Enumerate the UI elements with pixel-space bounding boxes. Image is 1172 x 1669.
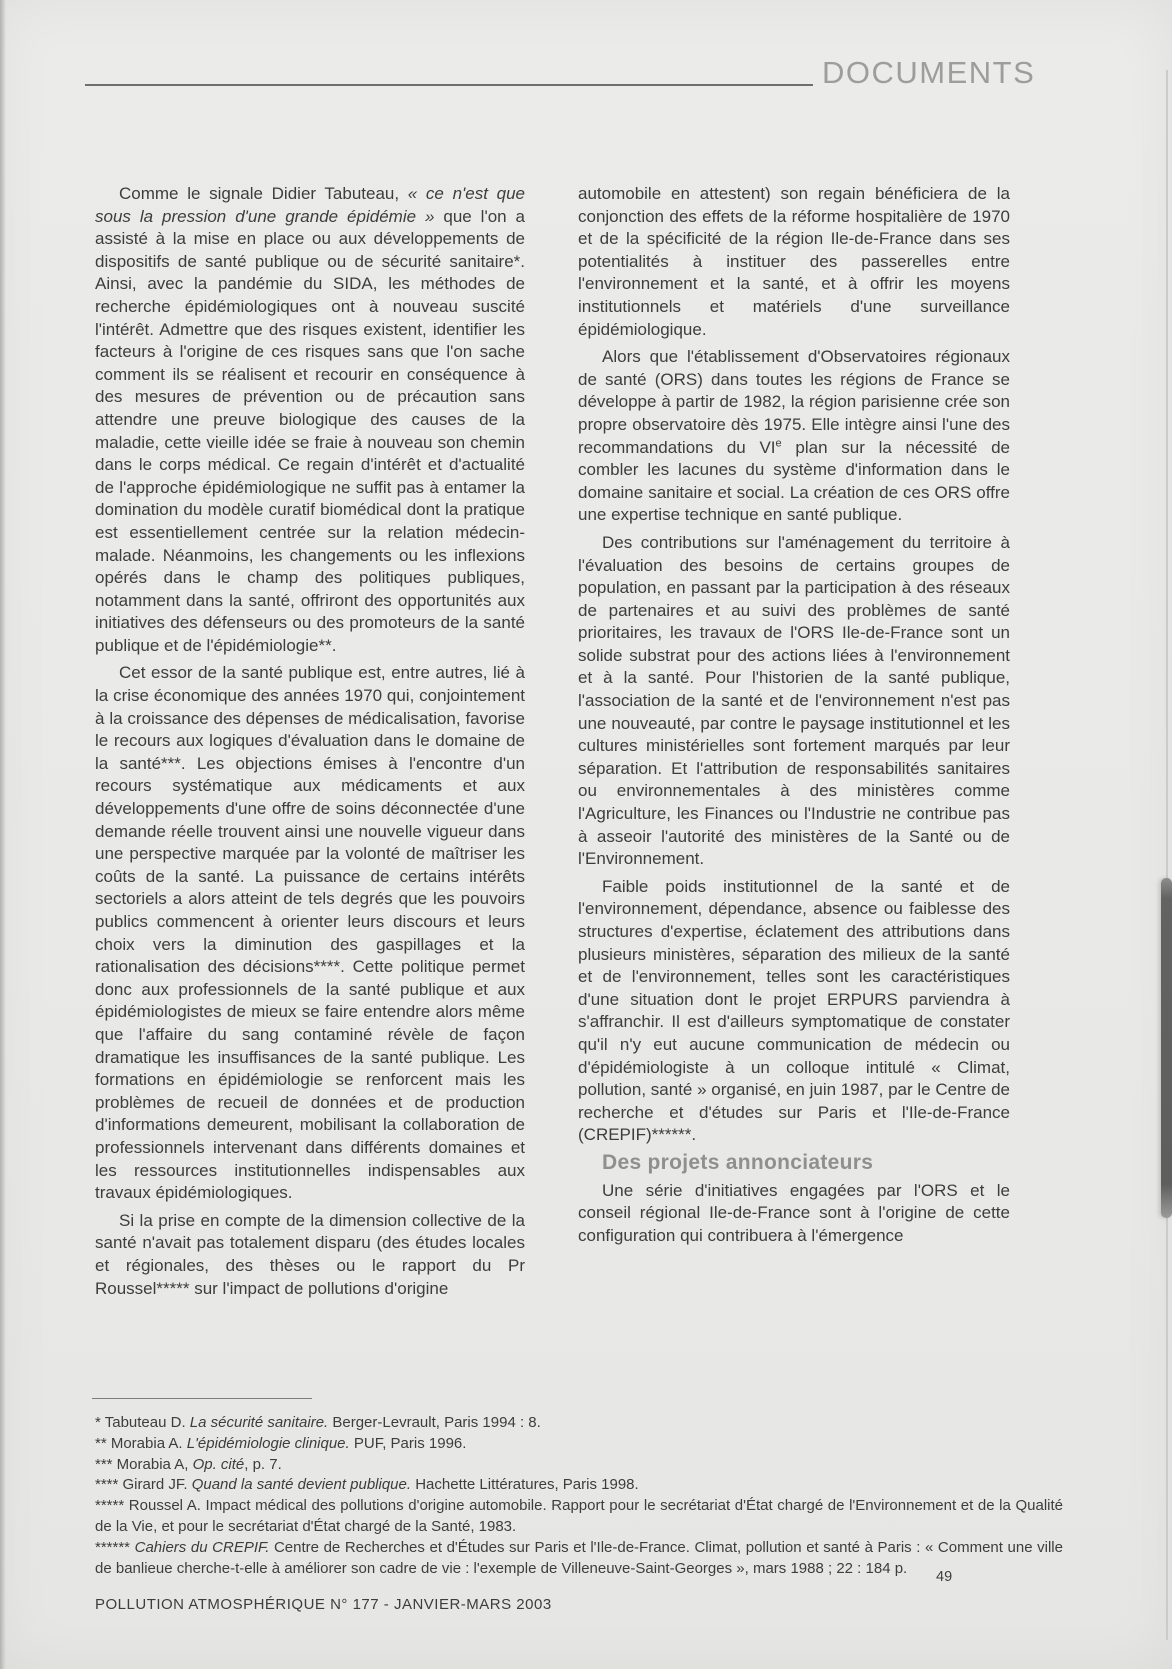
- journal-footer: POLLUTION ATMOSPHÉRIQUE N° 177 - JANVIER…: [95, 1596, 552, 1613]
- footnote: ** Morabia A. L'épidémiologie clinique. …: [95, 1434, 1063, 1455]
- scan-left-edge-shadow: [0, 0, 6, 1669]
- right-column: automobile en attestent) son regain béné…: [578, 183, 1010, 1252]
- footnote-divider: [92, 1398, 312, 1399]
- paragraph: Des contributions sur l'aménagement du t…: [578, 532, 1010, 871]
- paragraph: Cet essor de la santé publique est, entr…: [95, 662, 525, 1204]
- footnote: * Tabuteau D. La sécurité sanitaire. Ber…: [95, 1413, 1063, 1434]
- left-column: Comme le signale Didier Tabuteau, « ce n…: [95, 183, 525, 1305]
- paragraph: Une série d'initiatives engagées par l'O…: [578, 1180, 1010, 1248]
- footnote: ***** Roussel A. Impact médical des poll…: [95, 1496, 1063, 1538]
- page-header-label: DOCUMENTS: [822, 55, 1035, 91]
- paragraph: Faible poids institutionnel de la santé …: [578, 876, 1010, 1147]
- paragraph: Comme le signale Didier Tabuteau, « ce n…: [95, 183, 525, 657]
- scan-right-edge-shadow: [1161, 878, 1172, 1218]
- paragraph: Alors que l'établissement d'Observatoire…: [578, 346, 1010, 527]
- page-number: 49: [936, 1569, 952, 1585]
- paragraph: automobile en attestent) son regain béné…: [578, 183, 1010, 341]
- header-rule: [85, 84, 813, 86]
- paragraph: Si la prise en compte de la dimension co…: [95, 1210, 525, 1300]
- scanned-journal-page: DOCUMENTS Comme le signale Didier Tabute…: [0, 0, 1172, 1669]
- footnote: ****** Cahiers du CREPIF. Centre de Rech…: [95, 1538, 1063, 1580]
- scan-right-edge-line: [1166, 70, 1168, 1640]
- footnotes: * Tabuteau D. La sécurité sanitaire. Ber…: [95, 1413, 1063, 1579]
- section-heading: Des projets annonciateurs: [578, 1152, 1010, 1175]
- footnote: *** Morabia A, Op. cité, p. 7.: [95, 1455, 1063, 1476]
- footnote: **** Girard JF. Quand la santé devient p…: [95, 1475, 1063, 1496]
